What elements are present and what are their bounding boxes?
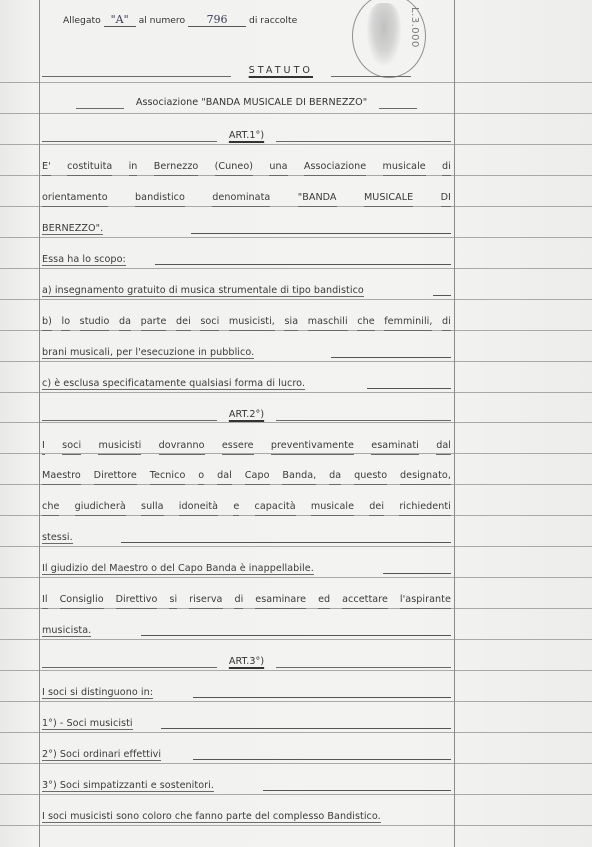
- statute-line: chegiudicheràsullaidoneitàecapacitàmusic…: [42, 498, 451, 516]
- word: musicale: [383, 158, 426, 176]
- word: sia: [284, 313, 298, 331]
- statute-line: musicista.: [42, 622, 451, 640]
- subtitle-right-rule: [379, 108, 417, 109]
- word: E': [42, 158, 51, 176]
- fill-rule: [263, 790, 451, 791]
- statute-line: Il giudizio del Maestro o del Capo Banda…: [42, 560, 451, 578]
- subtitle-left-rule: [76, 108, 124, 109]
- word: Maestro: [42, 467, 81, 485]
- word: di: [442, 313, 451, 331]
- fill-rule: [141, 635, 451, 636]
- statute-line: 2°) Soci ordinari effettivi: [42, 746, 451, 764]
- word: "BANDA: [298, 189, 337, 207]
- statute-line: orientamentobandisticodenominata"BANDAMU…: [42, 189, 451, 207]
- word: designato,: [400, 467, 451, 485]
- word: musicale: [311, 498, 354, 516]
- word: (Cuneo): [215, 158, 253, 176]
- word: da: [329, 467, 341, 485]
- word: riserva: [189, 591, 222, 609]
- word: accettare: [342, 591, 388, 609]
- word: Il: [42, 591, 48, 609]
- word: Direttore: [94, 467, 137, 485]
- fill-rule: [367, 388, 451, 389]
- word: idoneità: [179, 498, 218, 516]
- statute-line: b)lostudiodapartedeisocimusicisti,siamas…: [42, 313, 451, 331]
- word: di: [234, 591, 243, 609]
- fill-rule: [121, 542, 451, 543]
- word: dovranno: [159, 437, 205, 455]
- word: b): [42, 313, 52, 331]
- heading-right-rule: [276, 667, 451, 668]
- word: esaminare: [255, 591, 306, 609]
- word: Consiglio: [60, 591, 104, 609]
- word: preventivamente: [271, 437, 354, 455]
- word: che: [357, 313, 374, 331]
- word: dal: [217, 467, 232, 485]
- statute-line-text: 1°) - Soci musicisti: [42, 718, 133, 730]
- title-left-rule: [42, 76, 231, 77]
- statute-line-text: c) è esclusa specificatamente qualsiasi …: [42, 378, 305, 390]
- allegato-value: "A": [104, 14, 136, 27]
- article-heading: ART.1°): [217, 127, 276, 145]
- word: l'aspirante: [400, 591, 451, 609]
- word: Tecnico: [150, 467, 186, 485]
- statute-line: brani musicali, per l'esecuzione in pubb…: [42, 344, 451, 362]
- statute-line: c) è esclusa specificatamente qualsiasi …: [42, 375, 451, 393]
- statute-line: I soci si distinguono in:: [42, 684, 451, 702]
- word: maschili: [308, 313, 348, 331]
- statute-line-text: I soci musicisti sono coloro che fanno p…: [42, 811, 381, 823]
- fill-rule: [191, 233, 451, 234]
- word: Capo: [245, 467, 270, 485]
- word: DI: [441, 189, 451, 207]
- title-right-rule: [331, 76, 411, 77]
- word: giudicherà: [75, 498, 126, 516]
- word: lo: [61, 313, 70, 331]
- word: Banda,: [282, 467, 316, 485]
- annex-header: Allegato "A" al numero 796 di raccolte: [63, 14, 297, 27]
- word: musicisti: [98, 437, 141, 455]
- statute-line: Essa ha lo scopo:: [42, 251, 451, 269]
- word: musicisti,: [229, 313, 275, 331]
- word: che: [42, 498, 59, 516]
- word: Associazione: [304, 158, 366, 176]
- word: dei: [176, 313, 191, 331]
- stamp-value: L.3.000: [409, 7, 419, 48]
- statute-line-text: 2°) Soci ordinari effettivi: [42, 749, 161, 761]
- word: richiedenti: [399, 498, 451, 516]
- statute-line-text: BERNEZZO".: [42, 223, 103, 235]
- fill-rule: [161, 728, 451, 729]
- statute-line-text: Essa ha lo scopo:: [42, 254, 126, 266]
- word: soci: [200, 313, 219, 331]
- word: capacità: [255, 498, 296, 516]
- ruled-line: [0, 82, 592, 83]
- word: essere: [222, 437, 254, 455]
- association-name-row: Associazione "BANDA MUSICALE DI BERNEZZO…: [42, 94, 451, 112]
- word: denominata: [212, 189, 270, 207]
- article-heading-row: ART.2°): [42, 406, 451, 424]
- word: soci: [62, 437, 81, 455]
- article-heading: ART.3°): [217, 653, 276, 671]
- statute-line: BERNEZZO".: [42, 220, 451, 238]
- word: costituita: [67, 158, 112, 176]
- left-margin-line: [39, 0, 40, 847]
- statute-line-text: stessi.: [42, 532, 73, 544]
- statute-line-text: brani musicali, per l'esecuzione in pubb…: [42, 347, 254, 359]
- statute-line-text: a) insegnamento gratuito di musica strum…: [42, 285, 364, 297]
- numero-value: 796: [188, 14, 246, 27]
- word: questo: [354, 467, 387, 485]
- word: da: [119, 313, 131, 331]
- word: di: [442, 158, 451, 176]
- article-heading-row: ART.3°): [42, 653, 451, 671]
- statute-line: 3°) Soci simpatizzanti e sostenitori.: [42, 777, 451, 795]
- heading-left-rule: [42, 667, 217, 668]
- fill-rule: [155, 264, 451, 265]
- statute-line: MaestroDirettoreTecnicoodalCapoBanda,daq…: [42, 467, 451, 485]
- statute-line-text: I soci si distinguono in:: [42, 687, 153, 699]
- stamp-figure-icon: [367, 3, 401, 65]
- statute-line: 1°) - Soci musicisti: [42, 715, 451, 733]
- statute-line-text: Il giudizio del Maestro o del Capo Banda…: [42, 563, 314, 575]
- article-heading: ART.2°): [217, 406, 276, 424]
- numero-label: al numero: [139, 15, 186, 26]
- word: si: [169, 591, 177, 609]
- word: bandistico: [135, 189, 185, 207]
- ruled-line: [0, 113, 592, 114]
- heading-right-rule: [276, 420, 451, 421]
- word: una: [269, 158, 287, 176]
- word: Bernezzo: [154, 158, 199, 176]
- statute-line-text: 3°) Soci simpatizzanti e sostenitori.: [42, 780, 214, 792]
- heading-right-rule: [276, 141, 451, 142]
- heading-left-rule: [42, 141, 217, 142]
- word: dal: [436, 437, 451, 455]
- word: Direttivo: [116, 591, 158, 609]
- document-title-row: STATUTO: [42, 62, 451, 80]
- word: in: [129, 158, 138, 176]
- statute-line: Isocimusicistidovrannoesserepreventivame…: [42, 437, 451, 455]
- word: MUSICALE: [364, 189, 413, 207]
- word: dei: [369, 498, 384, 516]
- word: femminili,: [384, 313, 432, 331]
- word: e: [233, 498, 239, 516]
- word: studio: [80, 313, 110, 331]
- fill-rule: [383, 573, 451, 574]
- fill-rule: [433, 295, 451, 296]
- association-name: Associazione "BANDA MUSICALE DI BERNEZZO…: [124, 94, 379, 112]
- document-title: STATUTO: [237, 62, 325, 80]
- fill-rule: [331, 357, 451, 358]
- statute-line-text: musicista.: [42, 625, 91, 637]
- word: orientamento: [42, 189, 108, 207]
- word: o: [198, 467, 204, 485]
- statute-line: E'costituitainBernezzo(Cuneo)unaAssociaz…: [42, 158, 451, 176]
- statute-line: I soci musicisti sono coloro che fanno p…: [42, 808, 451, 826]
- word: esaminati: [371, 437, 419, 455]
- fill-rule: [193, 697, 451, 698]
- heading-left-rule: [42, 420, 217, 421]
- word: parte: [141, 313, 167, 331]
- article-heading-row: ART.1°): [42, 127, 451, 145]
- right-margin-column: [455, 0, 592, 847]
- raccolta-label: di raccolte: [249, 15, 297, 26]
- statute-line: IlConsiglioDirettivosiriservadiesaminare…: [42, 591, 451, 609]
- word: ed: [318, 591, 330, 609]
- allegato-label: Allegato: [63, 15, 101, 26]
- word: sulla: [141, 498, 164, 516]
- statute-line: stessi.: [42, 529, 451, 547]
- document-page: Allegato "A" al numero 796 di raccolte L…: [0, 0, 592, 847]
- word: I: [42, 437, 45, 455]
- right-margin-line: [454, 0, 455, 847]
- statute-line: a) insegnamento gratuito di musica strum…: [42, 282, 451, 300]
- fill-rule: [193, 759, 451, 760]
